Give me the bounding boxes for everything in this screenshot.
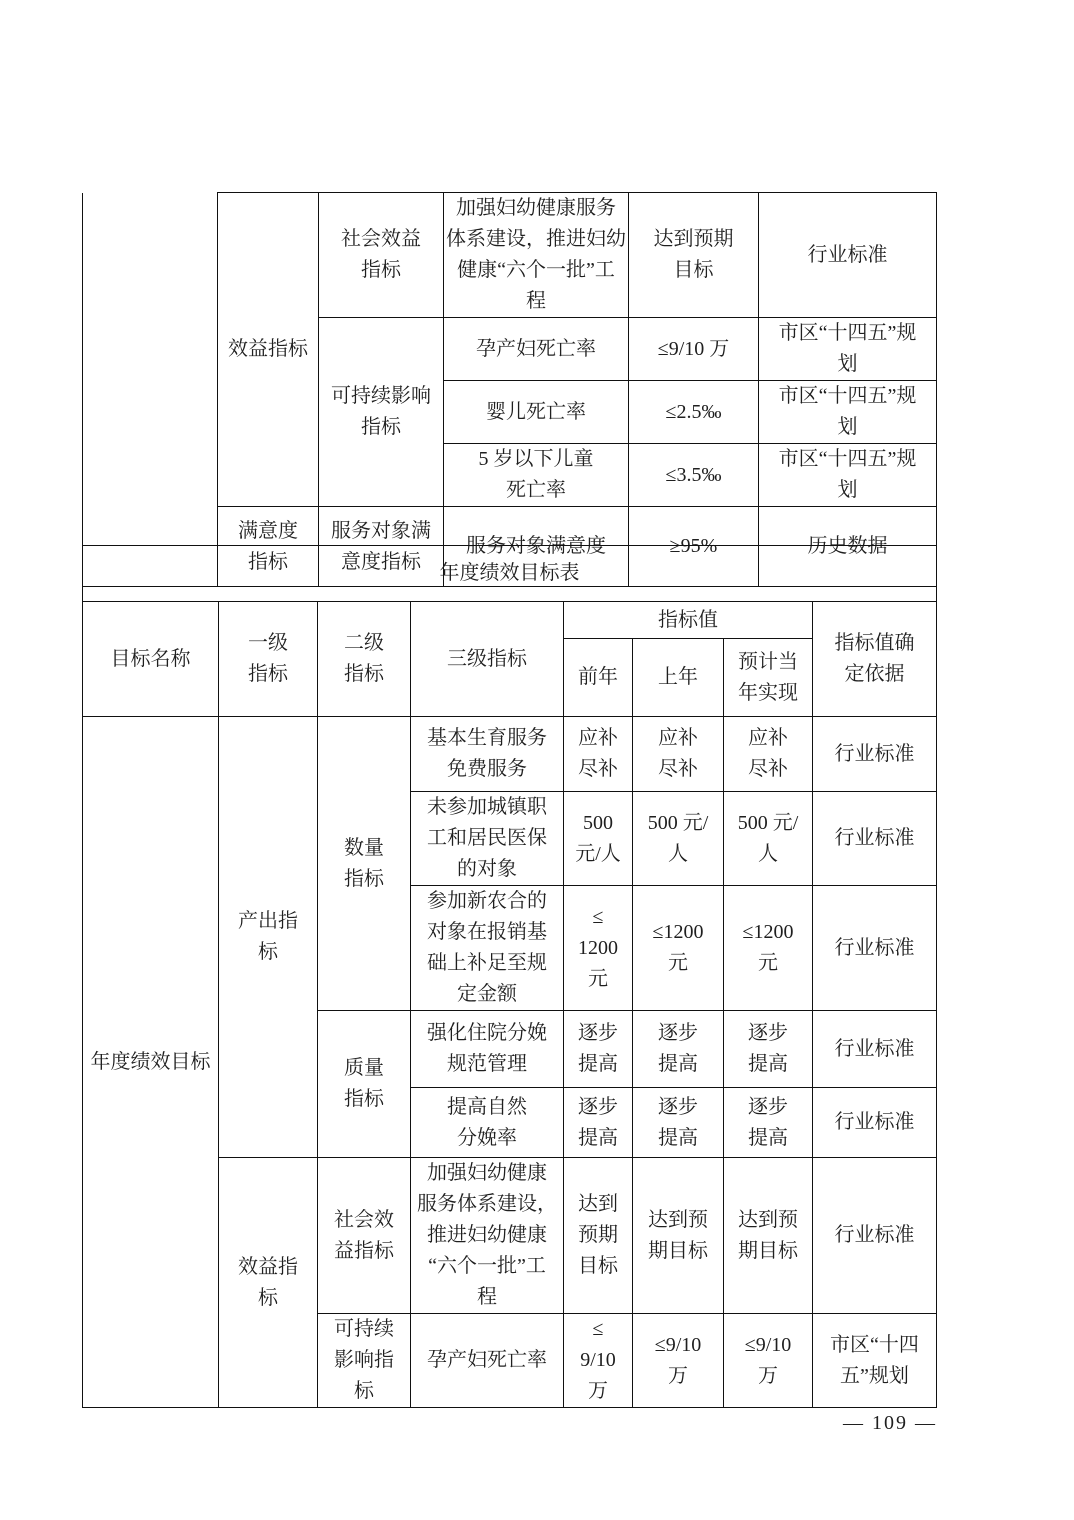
- continued-performance-table: 效益指标 社会效益 指标 加强妇幼健康服务 体系建设，推进妇幼 健康“六个一批”…: [82, 192, 937, 587]
- header-level1: 一级 指标: [219, 602, 318, 717]
- l2-sustainable-impact-cell: 可持续 影响指 标: [318, 1314, 411, 1408]
- value-current-cell: ≤9/10 万: [724, 1314, 813, 1408]
- basis-cell: 行业标准: [813, 1011, 937, 1088]
- l1-benefit-cell: 效益指 标: [219, 1158, 318, 1408]
- basis-cell: 市区“十四五”规 划: [759, 444, 937, 507]
- header-indicator-value-group: 指标值: [564, 602, 813, 639]
- value-prev1-cell: 逐步 提高: [633, 1088, 724, 1158]
- value-prev2-cell: 达到 预期 目标: [564, 1158, 633, 1314]
- l3-indicator-cell: 孕产妇死亡率: [411, 1314, 564, 1408]
- value-prev1-cell: 应补 尽补: [633, 717, 724, 792]
- goal-name-cell: 年度绩效目标: [83, 717, 219, 1408]
- table-row: 年度绩效目标 产出指 标 数量 指标 基本生育服务 免费服务 应补 尽补 应补 …: [83, 717, 937, 792]
- value-prev2-cell: ≤ 1200 元: [564, 886, 633, 1011]
- value-prev2-cell: ≤ 9/10 万: [564, 1314, 633, 1408]
- value-prev1-cell: 500 元/ 人: [633, 792, 724, 886]
- l1-benefit-cell: 效益指标: [218, 193, 319, 507]
- value-current-cell: 逐步 提高: [724, 1088, 813, 1158]
- basis-cell: 行业标准: [813, 792, 937, 886]
- value-cell: ≤3.5‰: [629, 444, 759, 507]
- header-basis: 指标值确 定依据: [813, 602, 937, 717]
- l1-output-cell: 产出指 标: [219, 717, 318, 1158]
- l3-indicator-cell: 强化住院分娩 规范管理: [411, 1011, 564, 1088]
- header-goal-name: 目标名称: [83, 602, 219, 717]
- document-page: { "page": { "number": "— 109 —" }, "bann…: [0, 0, 1074, 1520]
- header-expected-current-year: 预计当 年实现: [724, 639, 813, 717]
- indicator-cell: 婴儿死亡率: [444, 381, 629, 444]
- basis-cell: 行业标准: [813, 886, 937, 1011]
- basis-cell: 行业标准: [813, 717, 937, 792]
- value-prev1-cell: 达到预 期目标: [633, 1158, 724, 1314]
- basis-cell: 市区“十四五”规 划: [759, 318, 937, 381]
- value-prev2-cell: 应补 尽补: [564, 717, 633, 792]
- basis-cell: 市区“十四五”规 划: [759, 381, 937, 444]
- basis-cell: 行业标准: [813, 1158, 937, 1314]
- value-current-cell: 500 元/ 人: [724, 792, 813, 886]
- continued-goal-cell: [83, 193, 218, 587]
- annual-performance-table: 年度绩效目标表 目标名称 一级 指标 二级 指标 三级指标 指标值 指标值确 定…: [82, 545, 937, 1408]
- indicator-cell: 加强妇幼健康服务 体系建设，推进妇幼 健康“六个一批”工 程: [444, 193, 629, 318]
- header-row: 目标名称 一级 指标 二级 指标 三级指标 指标值 指标值确 定依据: [83, 602, 937, 639]
- table-title-row: 年度绩效目标表: [83, 546, 937, 602]
- table-row: 效益指标 社会效益 指标 加强妇幼健康服务 体系建设，推进妇幼 健康“六个一批”…: [83, 193, 937, 318]
- header-year-before-last: 前年: [564, 639, 633, 717]
- indicator-cell: 5 岁以下儿童 死亡率: [444, 444, 629, 507]
- value-current-cell: ≤1200 元: [724, 886, 813, 1011]
- value-cell: ≤2.5‰: [629, 381, 759, 444]
- value-prev1-cell: 逐步 提高: [633, 1011, 724, 1088]
- l3-indicator-cell: 未参加城镇职 工和居民医保 的对象: [411, 792, 564, 886]
- l2-social-benefit-cell: 社会效益 指标: [319, 193, 444, 318]
- value-prev2-cell: 逐步 提高: [564, 1011, 633, 1088]
- l3-indicator-cell: 加强妇幼健康 服务体系建设， 推进妇幼健康 “六个一批”工 程: [411, 1158, 564, 1314]
- l3-indicator-cell: 提高自然 分娩率: [411, 1088, 564, 1158]
- value-current-cell: 达到预 期目标: [724, 1158, 813, 1314]
- l3-indicator-cell: 基本生育服务 免费服务: [411, 717, 564, 792]
- value-prev1-cell: ≤9/10 万: [633, 1314, 724, 1408]
- indicator-cell: 孕产妇死亡率: [444, 318, 629, 381]
- value-prev2-cell: 逐步 提高: [564, 1088, 633, 1158]
- l2-sustainable-impact-cell: 可持续影响 指标: [319, 318, 444, 507]
- value-cell: ≤9/10 万: [629, 318, 759, 381]
- l2-quantity-cell: 数量 指标: [318, 717, 411, 1011]
- basis-cell: 市区“十四 五”规划: [813, 1314, 937, 1408]
- value-prev1-cell: ≤1200 元: [633, 886, 724, 1011]
- header-level2: 二级 指标: [318, 602, 411, 717]
- value-prev2-cell: 500 元/人: [564, 792, 633, 886]
- l2-quality-cell: 质量 指标: [318, 1011, 411, 1158]
- value-current-cell: 应补 尽补: [724, 717, 813, 792]
- l3-indicator-cell: 参加新农合的 对象在报销基 础上补足至规 定金额: [411, 886, 564, 1011]
- basis-cell: 行业标准: [759, 193, 937, 318]
- page-number: — 109 —: [843, 1412, 937, 1435]
- header-last-year: 上年: [633, 639, 724, 717]
- value-current-cell: 逐步 提高: [724, 1011, 813, 1088]
- l2-social-benefit-cell: 社会效 益指标: [318, 1158, 411, 1314]
- basis-cell: 行业标准: [813, 1088, 937, 1158]
- value-cell: 达到预期 目标: [629, 193, 759, 318]
- table-title: 年度绩效目标表: [83, 546, 937, 602]
- header-level3: 三级指标: [411, 602, 564, 717]
